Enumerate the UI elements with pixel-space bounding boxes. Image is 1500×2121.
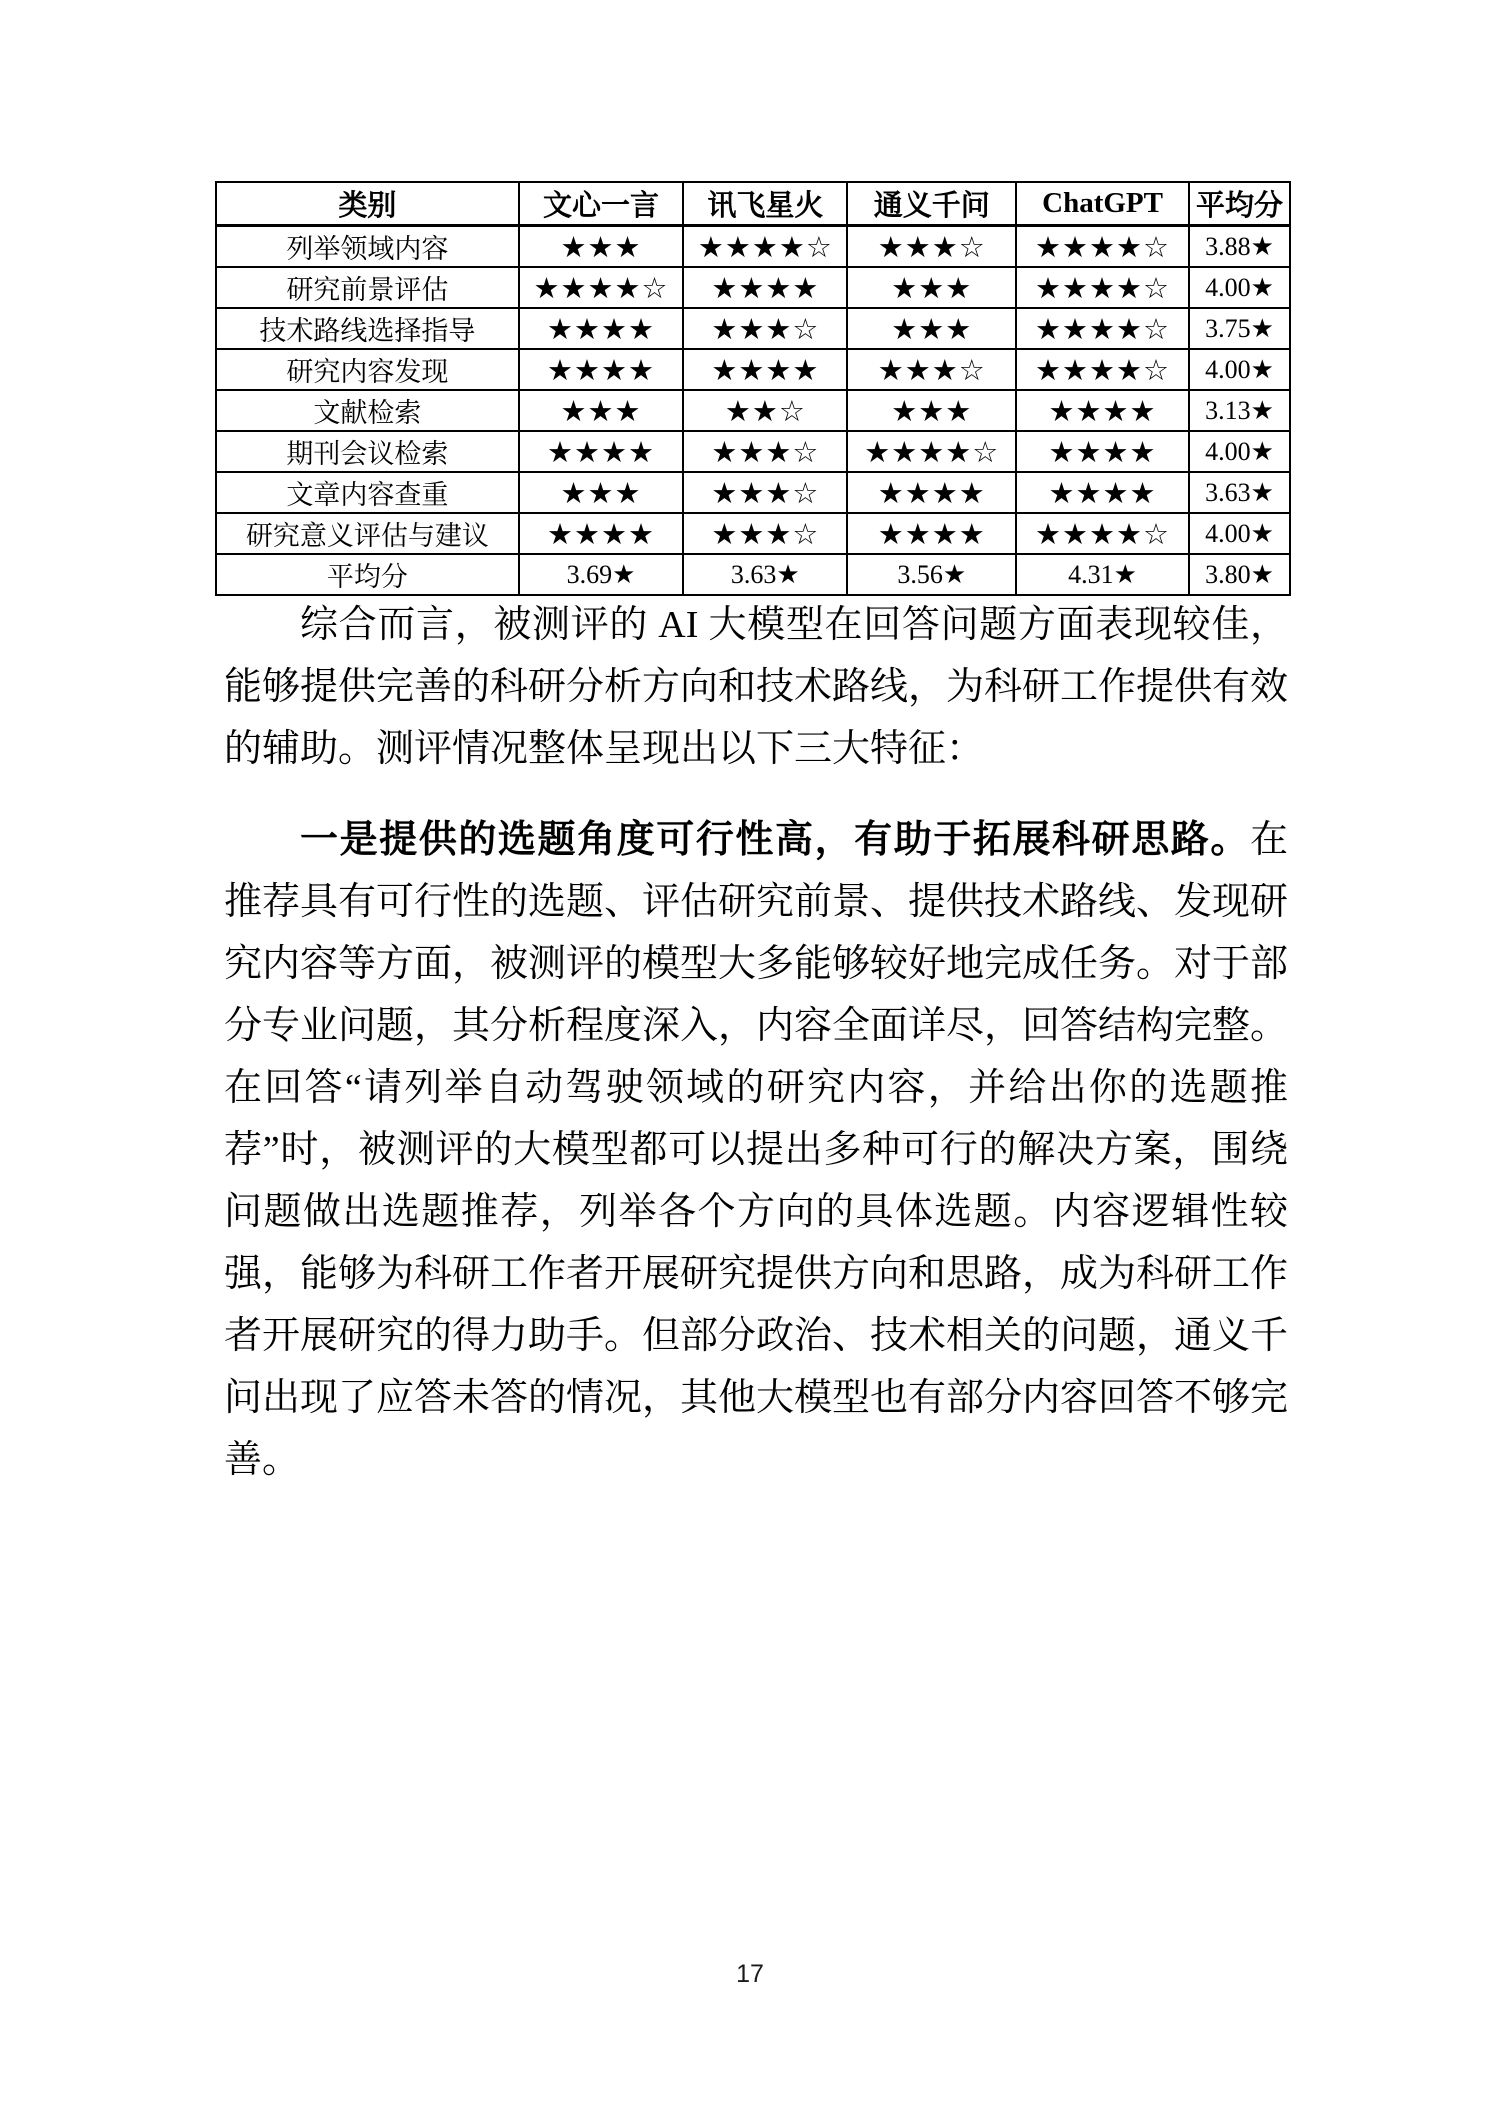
ai-model-ratings-table: 类别 文心一言 讯飞星火 通义千问 ChatGPT 平均分 列举领域内容★★★★…: [215, 181, 1291, 596]
star-rating-cell: ★★★: [847, 308, 1016, 349]
row-average-cell: 3.80★: [1189, 554, 1290, 595]
star-rating-cell: ★★★★☆: [1016, 513, 1189, 554]
category-cell: 文章内容查重: [216, 472, 519, 513]
table-row: 列举领域内容★★★★★★★☆★★★☆★★★★☆3.88★: [216, 226, 1290, 268]
star-rating-cell: ★★★★: [519, 431, 683, 472]
star-rating-cell: ★★★★☆: [519, 267, 683, 308]
header-average: 平均分: [1189, 182, 1290, 226]
header-tongyiqianwen: 通义千问: [847, 182, 1016, 226]
header-wenxinyiyan: 文心一言: [519, 182, 683, 226]
star-rating-cell: ★★★☆: [683, 431, 847, 472]
star-rating-cell: ★★★★: [683, 349, 847, 390]
star-rating-cell: ★★★★☆: [1016, 349, 1189, 390]
summary-text: 综合而言，被测评的 AI 大模型在回答问题方面表现较佳，能够提供完善的科研分析方…: [224, 604, 1288, 770]
table-row: 研究意义评估与建议★★★★★★★☆★★★★★★★★☆4.00★: [216, 513, 1290, 554]
category-cell: 列举领域内容: [216, 226, 519, 268]
star-rating-cell: ★★★☆: [847, 226, 1016, 268]
star-rating-cell: ★★☆: [683, 390, 847, 431]
star-rating-cell: ★★★★☆: [1016, 226, 1189, 268]
row-average-cell: 3.13★: [1189, 390, 1290, 431]
table-row: 平均分3.69★3.63★3.56★4.31★3.80★: [216, 554, 1290, 595]
star-rating-cell: ★★★★☆: [1016, 308, 1189, 349]
star-rating-cell: ★★★☆: [847, 349, 1016, 390]
category-cell: 研究内容发现: [216, 349, 519, 390]
star-rating-cell: ★★★★: [1016, 472, 1189, 513]
table-row: 期刊会议检索★★★★★★★☆★★★★☆★★★★4.00★: [216, 431, 1290, 472]
star-rating-cell: ★★★: [847, 390, 1016, 431]
column-average-cell: 3.69★: [519, 554, 683, 595]
star-rating-cell: ★★★: [519, 472, 683, 513]
category-cell: 研究意义评估与建议: [216, 513, 519, 554]
column-average-cell: 4.31★: [1016, 554, 1189, 595]
table-header-row: 类别 文心一言 讯飞星火 通义千问 ChatGPT 平均分: [216, 182, 1290, 226]
page-number: 17: [0, 1960, 1500, 1989]
star-rating-cell: ★★★: [847, 267, 1016, 308]
star-rating-cell: ★★★★: [519, 308, 683, 349]
star-rating-cell: ★★★★: [1016, 431, 1189, 472]
table-row: 研究内容发现★★★★★★★★★★★☆★★★★☆4.00★: [216, 349, 1290, 390]
category-cell: 研究前景评估: [216, 267, 519, 308]
category-cell: 期刊会议检索: [216, 431, 519, 472]
star-rating-cell: ★★★★: [847, 472, 1016, 513]
column-average-cell: 3.56★: [847, 554, 1016, 595]
header-chatgpt: ChatGPT: [1016, 182, 1189, 226]
table-row: 文献检索★★★★★☆★★★★★★★3.13★: [216, 390, 1290, 431]
star-rating-cell: ★★★★: [683, 267, 847, 308]
star-rating-cell: ★★★★☆: [847, 431, 1016, 472]
star-rating-cell: ★★★★: [519, 349, 683, 390]
row-average-cell: 3.63★: [1189, 472, 1290, 513]
document-page: 类别 文心一言 讯飞星火 通义千问 ChatGPT 平均分 列举领域内容★★★★…: [0, 0, 1500, 2121]
row-average-cell: 3.75★: [1189, 308, 1290, 349]
star-rating-cell: ★★★☆: [683, 513, 847, 554]
body-text: 综合而言，被测评的 AI 大模型在回答问题方面表现较佳，能够提供完善的科研分析方…: [224, 594, 1288, 1491]
row-average-cell: 4.00★: [1189, 431, 1290, 472]
star-rating-cell: ★★★☆: [683, 308, 847, 349]
star-rating-cell: ★★★: [519, 226, 683, 268]
column-average-cell: 3.63★: [683, 554, 847, 595]
star-rating-cell: ★★★★: [847, 513, 1016, 554]
table-row: 文章内容查重★★★★★★☆★★★★★★★★3.63★: [216, 472, 1290, 513]
row-average-cell: 4.00★: [1189, 349, 1290, 390]
row-average-cell: 3.88★: [1189, 226, 1290, 268]
feature-one-heading: 一是提供的选题角度可行性高，有助于拓展科研思路。: [300, 819, 1250, 861]
star-rating-cell: ★★★★: [1016, 390, 1189, 431]
feature-one-body: 在推荐具有可行性的选题、评估研究前景、提供技术路线、发现研究内容等方面，被测评的…: [224, 819, 1288, 1481]
category-cell: 平均分: [216, 554, 519, 595]
table-row: 研究前景评估★★★★☆★★★★★★★★★★★☆4.00★: [216, 267, 1290, 308]
category-cell: 技术路线选择指导: [216, 308, 519, 349]
star-rating-cell: ★★★☆: [683, 472, 847, 513]
row-average-cell: 4.00★: [1189, 267, 1290, 308]
table-row: 技术路线选择指导★★★★★★★☆★★★★★★★☆3.75★: [216, 308, 1290, 349]
category-cell: 文献检索: [216, 390, 519, 431]
header-category: 类别: [216, 182, 519, 226]
star-rating-cell: ★★★★☆: [1016, 267, 1189, 308]
paragraph-summary: 综合而言，被测评的 AI 大模型在回答问题方面表现较佳，能够提供完善的科研分析方…: [224, 594, 1288, 780]
row-average-cell: 4.00★: [1189, 513, 1290, 554]
star-rating-cell: ★★★★☆: [683, 226, 847, 268]
paragraph-feature-one: 一是提供的选题角度可行性高，有助于拓展科研思路。在推荐具有可行性的选题、评估研究…: [224, 809, 1288, 1491]
header-xunfeixinghuo: 讯飞星火: [683, 182, 847, 226]
star-rating-cell: ★★★: [519, 390, 683, 431]
star-rating-cell: ★★★★: [519, 513, 683, 554]
